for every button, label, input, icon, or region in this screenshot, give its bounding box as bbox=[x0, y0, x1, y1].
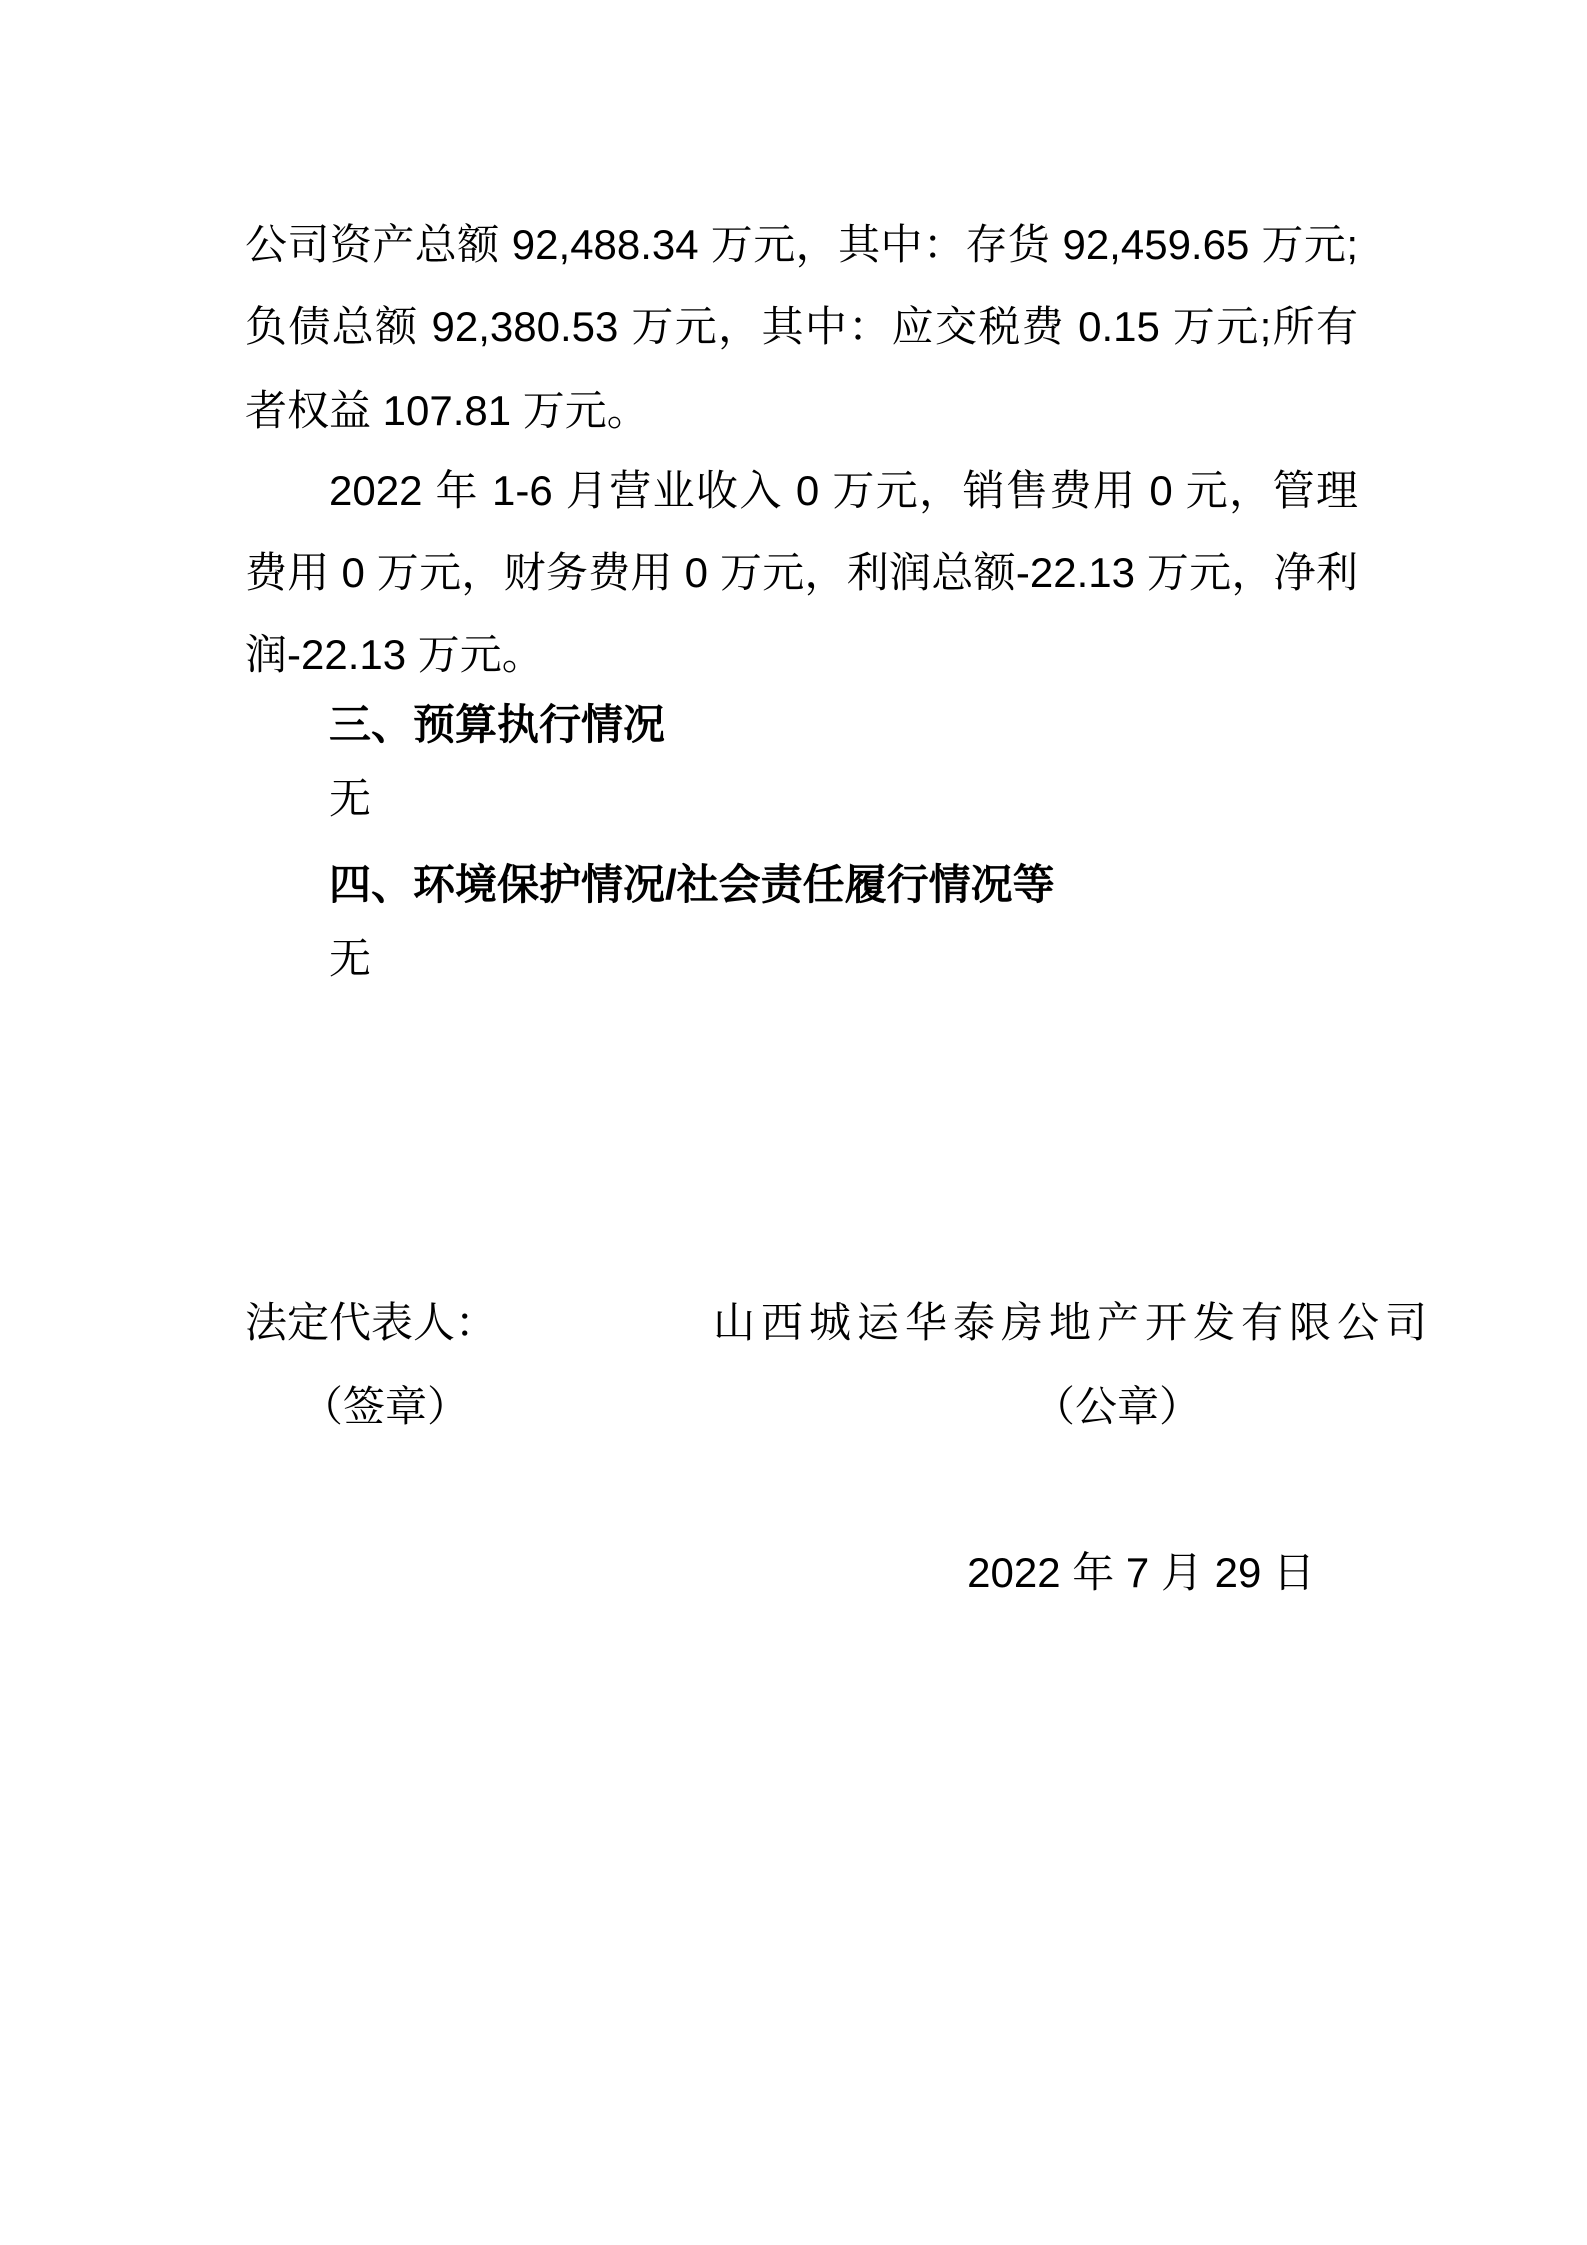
income-paragraph-line-3: 润-22.13 万元。 bbox=[245, 630, 1358, 680]
assets-paragraph-line-2: 负债总额 92,380.53 万元，其中：应交税费 0.15 万元;所有 bbox=[245, 302, 1358, 352]
assets-paragraph-line-1: 公司资产总额 92,488.34 万元，其中：存货 92,459.65 万元; bbox=[245, 220, 1358, 270]
assets-paragraph-line-3: 者权益 107.81 万元。 bbox=[245, 386, 1358, 436]
signature-row: 法定代表人： 山西城运华泰房地产开发有限公司 bbox=[245, 1298, 1358, 1350]
report-date: 2022 年 7 月 29 日 bbox=[245, 1548, 1358, 1598]
legal-representative-label: 法定代表人： bbox=[245, 1298, 497, 1348]
budget-section-content: 无 bbox=[329, 774, 1358, 824]
company-name: 山西城运华泰房地产开发有限公司 bbox=[713, 1298, 1433, 1348]
income-paragraph-line-1: 2022 年 1-6 月营业收入 0 万元，销售费用 0 元，管理 bbox=[245, 466, 1358, 516]
income-paragraph-line-2: 费用 0 万元，财务费用 0 万元，利润总额-22.13 万元，净利 bbox=[245, 548, 1358, 598]
budget-section-heading: 三、预算执行情况 bbox=[329, 700, 1358, 750]
seal-row: （签章） （公章） bbox=[245, 1382, 1358, 1434]
company-seal-label: （公章） bbox=[1033, 1382, 1201, 1432]
environment-section-content: 无 bbox=[329, 934, 1358, 984]
environment-section-heading: 四、环境保护情况/社会责任履行情况等 bbox=[329, 860, 1358, 910]
document-page: 公司资产总额 92,488.34 万元，其中：存货 92,459.65 万元; … bbox=[0, 0, 1587, 2245]
signature-seal-label: （签章） bbox=[301, 1382, 469, 1432]
